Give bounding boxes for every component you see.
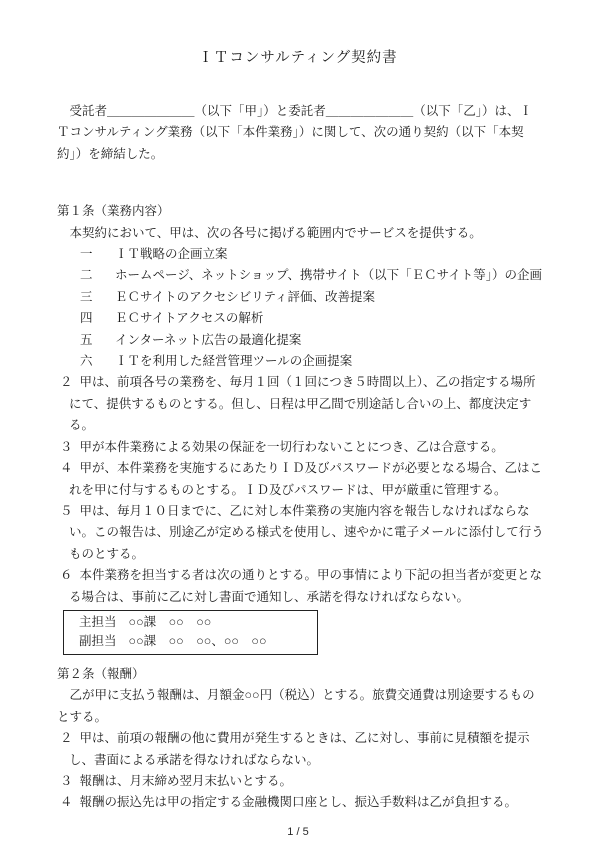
article1-paragraph1: 本契約において、甲は、次の各号に掲げる範囲内でサービスを提供する。: [57, 223, 544, 244]
clause-number: ３: [60, 774, 73, 788]
article2-clause: ４報酬の振込先は甲の指定する金融機関口座とし、振込手数料は乙が負担する。: [57, 792, 544, 813]
clause-text: 甲は、毎月１０日までに、乙に対し本件業務の実施内容を報告しなければならない。この…: [69, 504, 544, 561]
contract-page: ＩＴコンサルティング契約書 受託者＿＿＿＿＿＿＿（以下「甲」）と委託者＿＿＿＿＿…: [0, 0, 596, 865]
clause-number: ３: [60, 440, 73, 454]
article1-clause: ４甲が、本件業務を実施するにあたりＩＤ及びパスワードが必要となる場合、乙はこれを…: [57, 458, 544, 501]
staff-row-value: ○○課 ○○ ○○、○○ ○○: [129, 634, 267, 648]
staff-row-label: 副担当: [79, 634, 117, 648]
staff-row-value: ○○課 ○○ ○○: [129, 615, 212, 629]
preamble-paragraph: 受託者＿＿＿＿＿＿＿（以下「甲」）と委託者＿＿＿＿＿＿＿（以下「乙」）は、ＩＴコ…: [57, 101, 544, 165]
service-item-text: ＥＣサイトアクセスの解析: [115, 311, 263, 325]
service-item-number: 五: [80, 330, 115, 351]
service-item-text: インターネット広告の最適化提案: [115, 333, 301, 347]
service-item-text: ＩＴ戦略の企画立案: [115, 247, 228, 261]
article1-clause: ２甲は、前項各号の業務を、毎月１回（１回につき５時間以上）、乙の指定する場所にて…: [57, 372, 544, 436]
clause-number: ２: [60, 731, 73, 745]
article2-clause: ２甲は、前項の報酬の他に費用が発生するときは、乙に対し、事前に見積額を提示し、書…: [57, 728, 544, 771]
clause-text: 報酬の振込先は甲の指定する金融機関口座とし、振込手数料は乙が負担する。: [80, 795, 518, 809]
article2-clause: ３報酬は、月末締め翌月末払いとする。: [57, 771, 544, 792]
article1-clause: ３甲が本件業務による効果の保証を一切行わないことにつき、乙は合意する。: [57, 437, 544, 458]
service-item: 六ＩＴを利用した経営管理ツールの企画提案: [57, 351, 544, 372]
article1-clause: ５甲は、毎月１０日までに、乙に対し本件業務の実施内容を報告しなければならない。こ…: [57, 501, 544, 565]
article1-heading: 第１条（業務内容）: [57, 201, 544, 222]
article1-clause: ６本件業務を担当する者は次の通りとする。甲の事情により下記の担当者が変更となる場…: [57, 565, 544, 608]
staff-row-sub: 副担当○○課 ○○ ○○、○○ ○○: [79, 632, 313, 651]
clause-number: ４: [60, 795, 73, 809]
page-number: 1 / 5: [0, 826, 596, 838]
service-item-number: 二: [80, 265, 115, 286]
clause-number: ５: [60, 504, 73, 518]
service-item-number: 四: [80, 308, 115, 329]
service-item-text: ＩＴを利用した経営管理ツールの企画提案: [115, 354, 352, 368]
service-item-text: ホームページ、ネットショップ、携帯サイト（以下「ＥＣサイト等」）の企画: [115, 268, 542, 282]
service-list: 一ＩＴ戦略の企画立案 二ホームページ、ネットショップ、携帯サイト（以下「ＥＣサイ…: [57, 244, 544, 372]
clause-text: 本件業務を担当する者は次の通りとする。甲の事情により下記の担当者が変更となる場合…: [69, 568, 542, 603]
staff-table: 主担当○○課 ○○ ○○ 副担当○○課 ○○ ○○、○○ ○○: [63, 610, 318, 655]
staff-row-label: 主担当: [79, 615, 117, 629]
clause-text: 報酬は、月末締め翌月末払いとする。: [80, 774, 293, 788]
clause-number: ２: [60, 375, 73, 389]
service-item: 三ＥＣサイトのアクセシビリティ評価、改善提案: [57, 287, 544, 308]
service-item: 四ＥＣサイトアクセスの解析: [57, 308, 544, 329]
staff-row-main: 主担当○○課 ○○ ○○: [79, 613, 313, 632]
article2-heading: 第２条（報酬）: [57, 664, 544, 685]
service-item-text: ＥＣサイトのアクセシビリティ評価、改善提案: [115, 290, 375, 304]
clause-number: ４: [60, 461, 73, 475]
article2-paragraph1: 乙が甲に支払う報酬は、月額金○○円（税込）とする。旅費交通費は別途要するものとす…: [57, 685, 544, 728]
service-item: 二ホームページ、ネットショップ、携帯サイト（以下「ＥＣサイト等」）の企画: [57, 265, 544, 286]
document-body: 受託者＿＿＿＿＿＿＿（以下「甲」）と委託者＿＿＿＿＿＿＿（以下「乙」）は、ＩＴコ…: [57, 101, 544, 814]
clause-text: 甲は、前項各号の業務を、毎月１回（１回につき５時間以上）、乙の指定する場所にて、…: [69, 375, 536, 432]
service-item: 五インターネット広告の最適化提案: [57, 330, 544, 351]
clause-number: ６: [60, 568, 73, 582]
document-title: ＩＴコンサルティング契約書: [0, 46, 596, 67]
clause-text: 甲が本件業務による効果の保証を一切行わないことにつき、乙は合意する。: [80, 440, 504, 454]
service-item-number: 一: [80, 244, 115, 265]
clause-text: 甲が、本件業務を実施するにあたりＩＤ及びパスワードが必要となる場合、乙はこれを甲…: [69, 461, 542, 496]
service-item-number: 三: [80, 287, 115, 308]
clause-text: 甲は、前項の報酬の他に費用が発生するときは、乙に対し、事前に見積額を提示し、書面…: [69, 731, 530, 766]
service-item-number: 六: [80, 351, 115, 372]
service-item: 一ＩＴ戦略の企画立案: [57, 244, 544, 265]
